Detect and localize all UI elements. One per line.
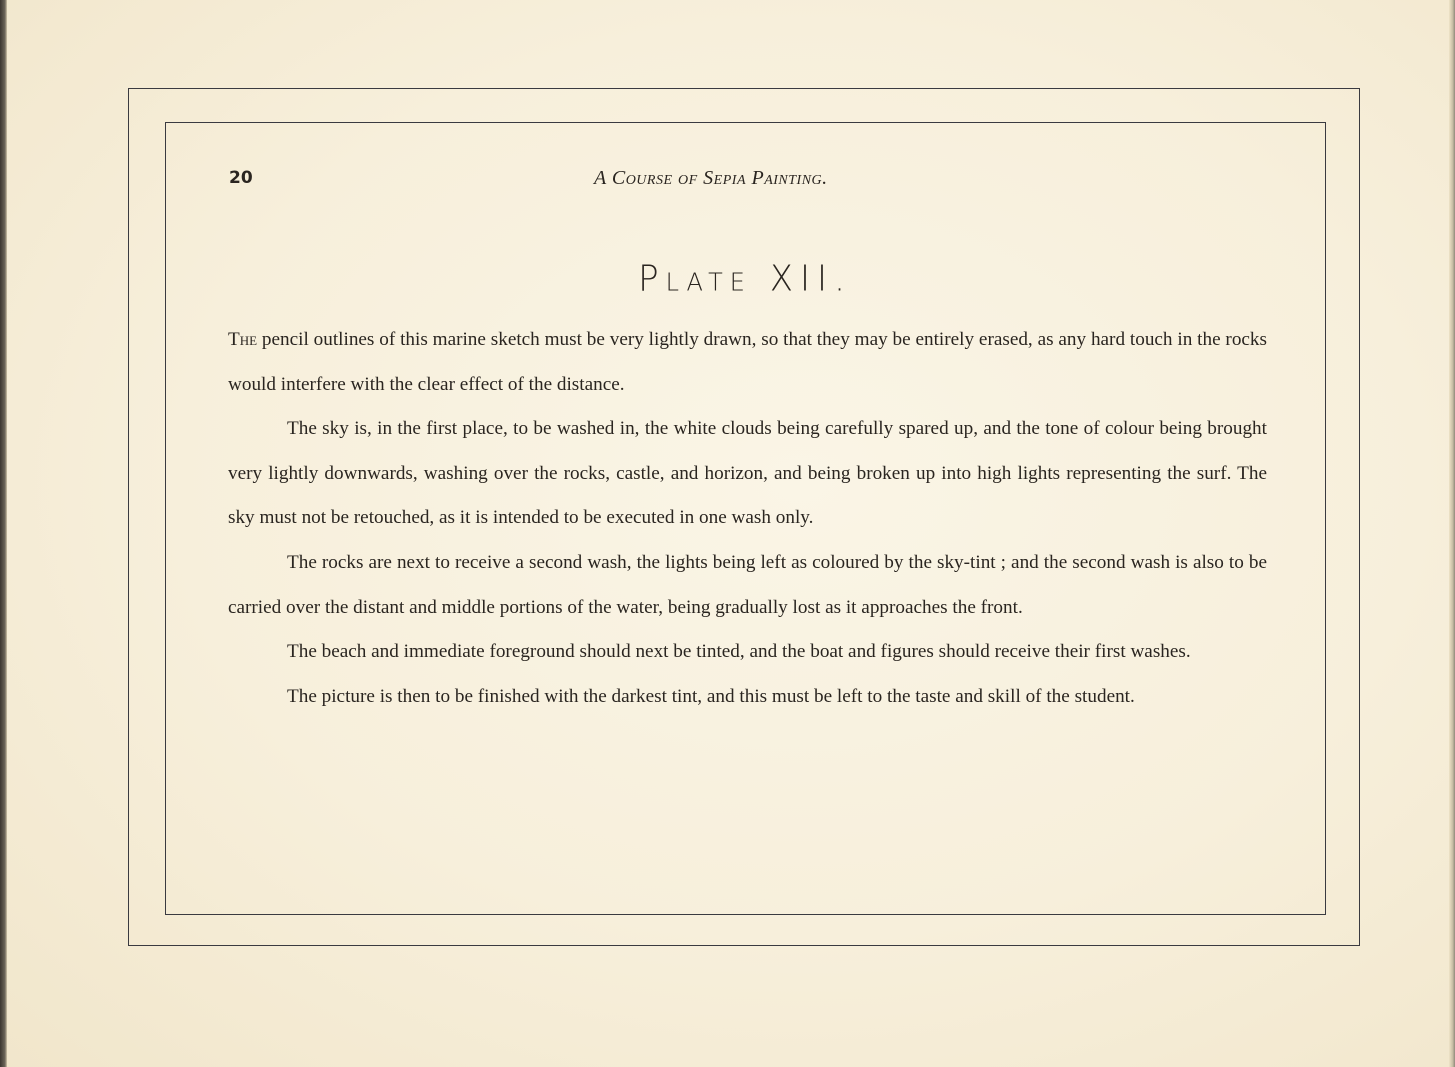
paragraph-3: The rocks are next to receive a second w…	[228, 541, 1267, 630]
paragraph-2: The sky is, in the first place, to be wa…	[228, 407, 1267, 541]
paragraph-4: The beach and immediate foreground shoul…	[228, 630, 1267, 675]
book-binding-edge	[0, 0, 7, 1067]
paragraph-5: The picture is then to be finished with …	[228, 675, 1267, 720]
drop-lead-word: The	[228, 329, 257, 350]
paragraph-1: The pencil outlines of this marine sketc…	[228, 318, 1267, 407]
running-head: A Course of Sepia Painting.	[594, 167, 828, 190]
body-text: The pencil outlines of this marine sketc…	[228, 318, 1267, 719]
page-number: 20	[229, 168, 253, 188]
paragraph-text: pencil outlines of this marine sketch mu…	[228, 329, 1267, 395]
page-right-edge	[1449, 0, 1455, 1067]
plate-title: Plate XII.	[0, 258, 1455, 300]
